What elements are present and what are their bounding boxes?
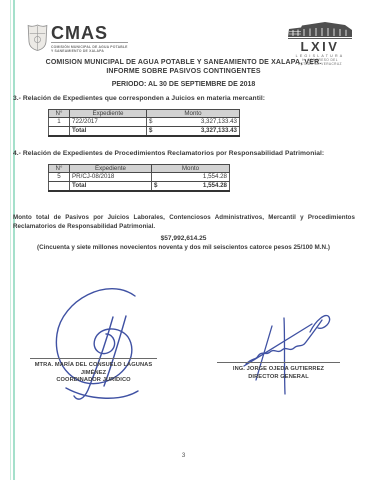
cell-expediente: 722/2017 bbox=[70, 118, 147, 127]
header-num: N° bbox=[49, 110, 70, 118]
document-page: CMAS COMISIÓN MUNICIPAL DE AGUA POTABLE … bbox=[0, 0, 367, 480]
signature-line-right bbox=[217, 362, 340, 363]
amount-in-words: (Cincuenta y siete millones novecientos … bbox=[0, 244, 367, 251]
signatory-role: COORDINADOR JURÍDICO bbox=[16, 377, 171, 385]
lxiv-acronym: LXIV bbox=[286, 40, 354, 53]
mercantil-table: N° Expediente Monto 1 722/2017 $ 3,327,1… bbox=[48, 109, 240, 137]
reclamatorios-table: N° Expediente Monto 5 PR/CJ-08/2018 1,55… bbox=[48, 164, 230, 192]
cell-monto: 1,554.28 bbox=[152, 173, 230, 182]
header-expediente: Expediente bbox=[70, 110, 147, 118]
left-signatory: MTRA. MARÍA DEL CONSUELO LAGUNAS JIMÉNEZ… bbox=[16, 362, 171, 385]
cell-num: 5 bbox=[49, 173, 70, 182]
cell-expediente: PR/CJ-08/2018 bbox=[70, 173, 152, 182]
monto-value: 1,554.28 bbox=[203, 173, 227, 180]
total-monto: $ 1,554.28 bbox=[152, 182, 230, 192]
summary-paragraph: Monto total de Pasivos por Juicios Labor… bbox=[13, 213, 355, 231]
cmas-logo: CMAS COMISIÓN MUNICIPAL DE AGUA POTABLE … bbox=[27, 24, 128, 53]
cmas-acronym: CMAS bbox=[51, 25, 128, 43]
table-header-row: N° Expediente Monto bbox=[49, 165, 230, 173]
cell-empty bbox=[49, 127, 70, 137]
title-line2: INFORME SOBRE PASIVOS CONTINGENTES bbox=[0, 68, 367, 77]
table-header-row: N° Expediente Monto bbox=[49, 110, 240, 118]
monto-value: 1,554.28 bbox=[203, 182, 227, 189]
currency-sign: $ bbox=[149, 127, 152, 135]
report-period: PERIODO: AL 30 DE SEPTIEMBRE DE 2018 bbox=[0, 81, 367, 88]
right-signatory: ING. JORGE OJEDA GUTIERREZ DIRECTOR GENE… bbox=[212, 366, 345, 381]
right-signature-ink bbox=[232, 298, 337, 402]
cmas-logo-text: CMAS COMISIÓN MUNICIPAL DE AGUA POTABLE … bbox=[51, 24, 128, 53]
left-signature-ink bbox=[38, 282, 173, 404]
signatory-name-line1: MTRA. MARÍA DEL CONSUELO LAGUNAS bbox=[16, 362, 171, 370]
cmas-crest-icon bbox=[27, 24, 48, 51]
table-row: 5 PR/CJ-08/2018 1,554.28 bbox=[49, 173, 230, 182]
table-total-row: Total $ 3,327,133.43 bbox=[49, 127, 240, 137]
document-title: COMISION MUNICIPAL DE AGUA POTABLE Y SAN… bbox=[0, 59, 367, 76]
currency-sign: $ bbox=[154, 182, 157, 190]
header-num: N° bbox=[49, 165, 70, 173]
cell-empty bbox=[49, 182, 70, 192]
page-number: 3 bbox=[0, 452, 367, 459]
header-expediente: Expediente bbox=[70, 165, 152, 173]
cell-monto: $ 3,327,133.43 bbox=[147, 118, 240, 127]
signatory-role: DIRECTOR GENERAL bbox=[212, 374, 345, 382]
header-monto: Monto bbox=[147, 110, 240, 118]
section-4-heading: 4.- Relación de Expedientes de Procedimi… bbox=[13, 150, 324, 157]
header-monto: Monto bbox=[152, 165, 230, 173]
signatory-name-line1: ING. JORGE OJEDA GUTIERREZ bbox=[212, 366, 345, 374]
total-label: Total bbox=[70, 127, 147, 137]
cell-num: 1 bbox=[49, 118, 70, 127]
congress-building-icon bbox=[287, 21, 353, 37]
total-amount: $57,992,614.25 bbox=[0, 235, 367, 242]
total-monto: $ 3,327,133.43 bbox=[147, 127, 240, 137]
section-3-heading: 3.- Relación de Expedientes que correspo… bbox=[13, 95, 265, 102]
monto-value: 3,327,133.43 bbox=[201, 118, 237, 125]
monto-value: 3,327,133.43 bbox=[201, 127, 237, 134]
total-label: Total bbox=[70, 182, 152, 192]
currency-sign: $ bbox=[149, 118, 152, 126]
table-total-row: Total $ 1,554.28 bbox=[49, 182, 230, 192]
cmas-subtitle-line2: Y SANEAMIENTO DE XALAPA bbox=[51, 49, 128, 53]
table-row: 1 722/2017 $ 3,327,133.43 bbox=[49, 118, 240, 127]
title-line1: COMISION MUNICIPAL DE AGUA POTABLE Y SAN… bbox=[0, 59, 367, 68]
signature-line-left bbox=[30, 358, 157, 359]
